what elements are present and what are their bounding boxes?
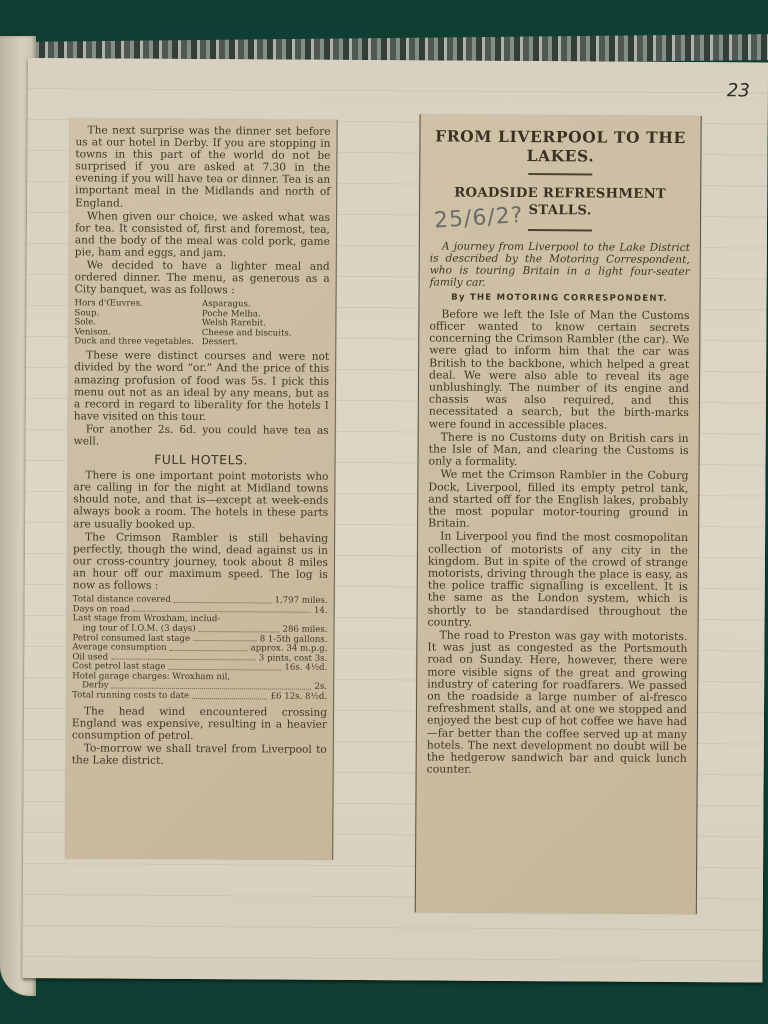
paragraph: The next surprise was the dinner set bef… [75, 124, 331, 210]
scrapbook-page: 23 The next surprise was the dinner set … [22, 58, 768, 983]
paragraph: In Liverpool you find the most cosmopoli… [428, 531, 689, 630]
paragraph: Before we left the Isle of Man the Custo… [429, 308, 690, 432]
paragraph: The Crimson Rambler is still behaving pe… [73, 531, 328, 593]
divider [528, 229, 592, 231]
article-byline: By THE MOTORING CORRESPONDENT. [430, 291, 690, 305]
menu-item: Dessert. [202, 338, 330, 348]
paragraph: There is no Customs duty on British cars… [429, 431, 689, 469]
paragraph: We decided to have a lighter meal and or… [75, 259, 330, 297]
paragraph: The road to Preston was gay with motoris… [427, 629, 688, 777]
menu-column-left: Hors d'Œuvres. Soup. Sole. Venison. Duck… [74, 300, 202, 348]
handwritten-date: 25/6/2? [434, 210, 524, 228]
section-subhead: FULL HOTELS. [74, 453, 329, 467]
paragraph: These were distinct courses and were not… [74, 350, 329, 424]
paragraph: There is one important point motorists w… [73, 469, 328, 531]
paragraph: To-morrow we shall travel from Liverpool… [72, 742, 327, 768]
paragraph: The head wind encountered crossing Engla… [72, 705, 327, 743]
article-headline: FROM LIVERPOOL TO THE LAKES. [430, 126, 690, 166]
dinner-menu: Hors d'Œuvres. Soup. Sole. Venison. Duck… [74, 300, 329, 349]
article-standfirst: A journey from Liverpool to the Lake Dis… [430, 240, 690, 290]
paragraph: When given our choice, we asked what was… [75, 210, 330, 260]
newspaper-clipping-left: The next surprise was the dinner set bef… [65, 118, 338, 860]
menu-item: Duck and three vegetables. [74, 337, 202, 347]
log-row: Total running costs to date£6 12s. 8½d. [72, 691, 327, 702]
divider [528, 173, 592, 175]
journey-log: Total distance covered1,797 miles. Days … [72, 595, 328, 702]
paragraph: For another 2s. 6d. you could have tea a… [74, 423, 329, 449]
menu-column-right: Asparagus. Poche Melba. Welsh Rarebit. C… [202, 300, 330, 348]
newspaper-clipping-right: FROM LIVERPOOL TO THE LAKES. ROADSIDE RE… [415, 114, 702, 914]
paragraph: We met the Crimson Rambler in the Coburg… [428, 469, 688, 532]
page-number: 23 [727, 80, 750, 101]
